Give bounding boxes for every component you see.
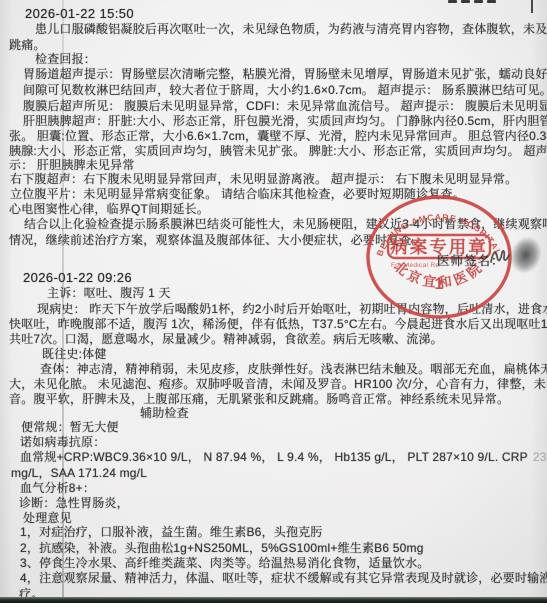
cut-off-stroke [474, 0, 483, 3]
treatment-item-1: 1，对症治疗，口服补液，益生菌。维生素B6，头孢克肟 [20, 525, 323, 539]
assessment-line-2: 情况，继续前述治疗方案，观察体温及腹部体征、大小便症状，必要时复查。 [9, 233, 424, 247]
cut-off-stroke [487, 0, 496, 3]
cut-off-stroke [461, 0, 470, 3]
liver-ultrasound-line-2: 张。 胆囊:位置、形态正常，大小6.6×1.7cm，囊壁不厚、光滑，腔内未见异常… [9, 129, 547, 143]
blood-test-line: 血常规+CRP:WBC9.36×10 9/L， N 87.94 %， L 9.4… [20, 450, 547, 464]
physical-exam-line-3: 音。腹平软，肝脾未及，上腹部压痛，无肌紧张和反跳痛。肠鸣音正常。神经系统未见异常… [9, 392, 509, 406]
treatment-item-4: 4，注意观察尿量、精神活力，体温、呕吐等，症状不缓解或有其它异常表现及时就诊，必… [20, 571, 547, 585]
stamp-subtitle-text: For Medical Re [391, 262, 439, 269]
note2-timestamp: 2026-01-22 09:26 [23, 271, 132, 285]
norovirus-antigen-line: 诺如病毒抗原： [20, 435, 105, 449]
past-history-line: 既往史:体健 [42, 347, 107, 361]
gi-ultrasound-line-2: 间隙可见数枚淋巴结回声，较大者位于脐周，大小约1.6×0.7cm。 超声提示： … [23, 83, 547, 97]
note1-timestamp: 2026-01-22 15:50 [25, 7, 134, 21]
liver-ultrasound-line-1: 肝胆胰脾超声：肝脏:大小、形态正常，肝包膜光滑，实质回声均匀。 门静脉内径0.5… [23, 114, 547, 128]
treatment-opinion-header: 处理意见 [23, 511, 72, 525]
physician-signature-handwriting [489, 247, 511, 267]
medical-record-page: 2026-01-22 15:50 患儿口服磷酸铝凝胶后再次呕吐一次，未见绿色物质… [0, 0, 547, 603]
treatment-item-3: 3、停食生冷水果、高纤维类蔬菜、肉类等。给温热易消化食物，适量饮水。 [20, 556, 429, 570]
cut-off-stroke [448, 0, 457, 3]
stool-test-line: 便常规：暂无大便 [21, 420, 119, 434]
scan-edge-bar [0, 597, 547, 603]
blood-test-text: 血常规+CRP:WBC9.36×10 9/L， N 87.94 %， L 9.4… [20, 450, 528, 464]
liver-ultrasound-line-3: 胰腺:大小、形态正常，实质回声均匀，胰管未见扩张。 脾脏:大小、形态正常，实质回… [9, 144, 547, 158]
chief-complaint-line: 主诉：呕吐、腹泻 1 天 [47, 286, 171, 300]
diagnosis-line: 诊断：急性胃肠炎， [19, 496, 129, 510]
physical-exam-line-1: 查体：神志清，精神稍弱，未见皮疹，皮肤弹性好。浅表淋巴结未触及。咽部无充血，扁桃… [40, 362, 547, 376]
note1-body-line-1: 患儿口服磷酸铝凝胶后再次呕吐一次，未见绿色物质，为药液与清亮胃内容物，查体腹软，… [35, 22, 547, 36]
section-auxiliary-exam: 辅助检查 [140, 406, 189, 420]
blood-test-line-2: mg/L，SAA 171.24 mg/L [11, 466, 147, 480]
scan-edge-mark [531, 0, 533, 13]
cut-off-text-fragment [448, 0, 508, 4]
liver-ultrasound-line-4: 示： 肝胆胰脾未见异常 [9, 158, 135, 172]
section-exam-report: 检查回报： [35, 52, 96, 66]
note1-body-line-2: 跳痛。 [9, 38, 46, 52]
crp-value-faded: 23.08 [533, 450, 547, 464]
retroperitoneal-ultrasound-line: 腹膜后超声所见： 腹膜后未见明显异常，CDFI：未见异常血流信号。 超声提示： … [23, 99, 547, 113]
stamp-number-text: 1 [435, 276, 444, 293]
treatment-item-2: 2，抗感染，补液。头孢曲松1g+NS250ML，5%GS100ml+维生素B6 … [20, 541, 424, 555]
ecg-line: 心电图窦性心律，临界QT间期延长。 [9, 202, 209, 216]
blood-gas-line: 血气分析8+： [20, 481, 95, 495]
present-illness-line-3: 共吐7次。口渴，愿意喝水，尿量减少。精神减弱，食欲差。病后无咳嗽、流涕。 [9, 332, 443, 346]
physical-exam-line-2: 大，未见化脓。 未见滤泡、疱疹。双肺呼吸音清，未闻及罗音。HR100 次/分，心… [9, 377, 547, 391]
gi-ultrasound-line-1: 胃肠道超声提示：胃肠壁层次清晰完整，粘膜光滑，胃肠壁未见增厚，胃肠道未见扩张，蠕… [23, 67, 547, 81]
right-lower-abdomen-ultrasound-line: 右下腹超声：右下腹未见明显异常回声，未见明显游离液。 超声提示： 右下腹未见明显… [10, 172, 517, 186]
